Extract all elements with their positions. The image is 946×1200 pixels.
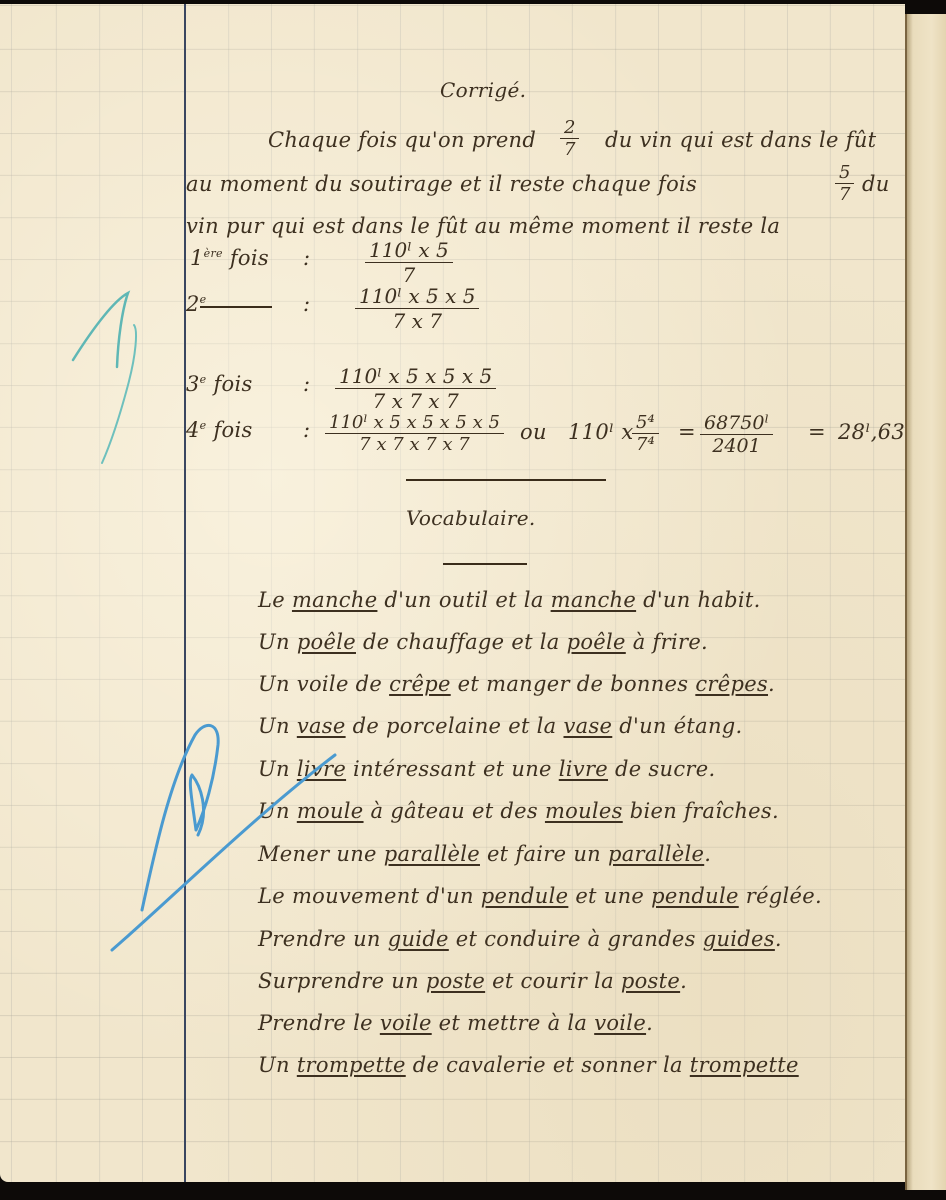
vocab-line: Prendre le voile et mettre à la voile. [258,1011,653,1035]
paragraph-line-2: au moment du soutirage et il reste chaqu… [186,172,697,196]
vocab-line: Un trompette de cavalerie et sonner la t… [258,1053,799,1077]
step-2-label: 2e [186,292,206,316]
result-equals-1: = [678,420,696,444]
vocab-line: Un voile de crêpe et manger de bonnes cr… [258,672,775,696]
vocabulaire-title: Vocabulaire. [406,506,536,530]
paragraph-line-2b: du [862,172,890,196]
vocab-line: Un poêle de chauffage et la poêle à frir… [258,630,708,654]
grade-mark-blue-icon [100,700,340,960]
result-equals-2: = [808,420,826,444]
step-4-label: 4e fois [186,418,253,442]
step-2-fraction: 110ˡ x 5 x 5 7 x 7 [355,284,479,333]
paragraph-line-1b: du vin qui est dans le fût [605,128,876,152]
result-connector: ou [520,420,547,444]
step-4-colon: : [303,418,310,442]
step-1-fraction: 110ˡ x 5 7 [365,238,453,287]
next-page-edge [905,14,946,1190]
result-base: 110ˡ x [568,420,634,444]
step-1-colon: : [303,246,310,270]
step-3-colon: : [303,372,310,396]
result-fraction: 68750ˡ 2401 [700,412,773,457]
step-1-label: 1ère fois [190,246,269,270]
step-2-colon: : [303,292,310,316]
fraction-remaining: 5 7 [835,162,854,205]
step-3-fraction: 110ˡ x 5 x 5 x 5 7 x 7 x 7 [335,364,496,413]
fraction-taken: 2 7 [560,117,579,160]
result-power-fraction: 5⁴ 7⁴ [632,412,659,455]
grade-mark-teal-icon [60,285,150,465]
paragraph-line-3: vin pur qui est dans le fût au même mome… [186,214,780,238]
step-3-label: 3e fois [186,372,253,396]
corrige-title: Corrigé. [440,78,526,102]
vocab-line: Le mouvement d'un pendule et une pendule… [258,884,822,908]
vocab-line: Le manche d'un outil et la manche d'un h… [258,588,761,612]
separator-rule-bottom [443,563,527,565]
result-answer: 28ˡ,63 [838,420,905,444]
separator-rule-top [406,479,606,481]
step-4-fraction: 110ˡ x 5 x 5 x 5 x 5 7 x 7 x 7 x 7 [325,412,504,455]
ditto-underline [200,306,272,308]
paragraph-line-1: Chaque fois qu'on prend [268,128,536,152]
vocab-line: Surprendre un poste et courir la poste. [258,969,687,993]
